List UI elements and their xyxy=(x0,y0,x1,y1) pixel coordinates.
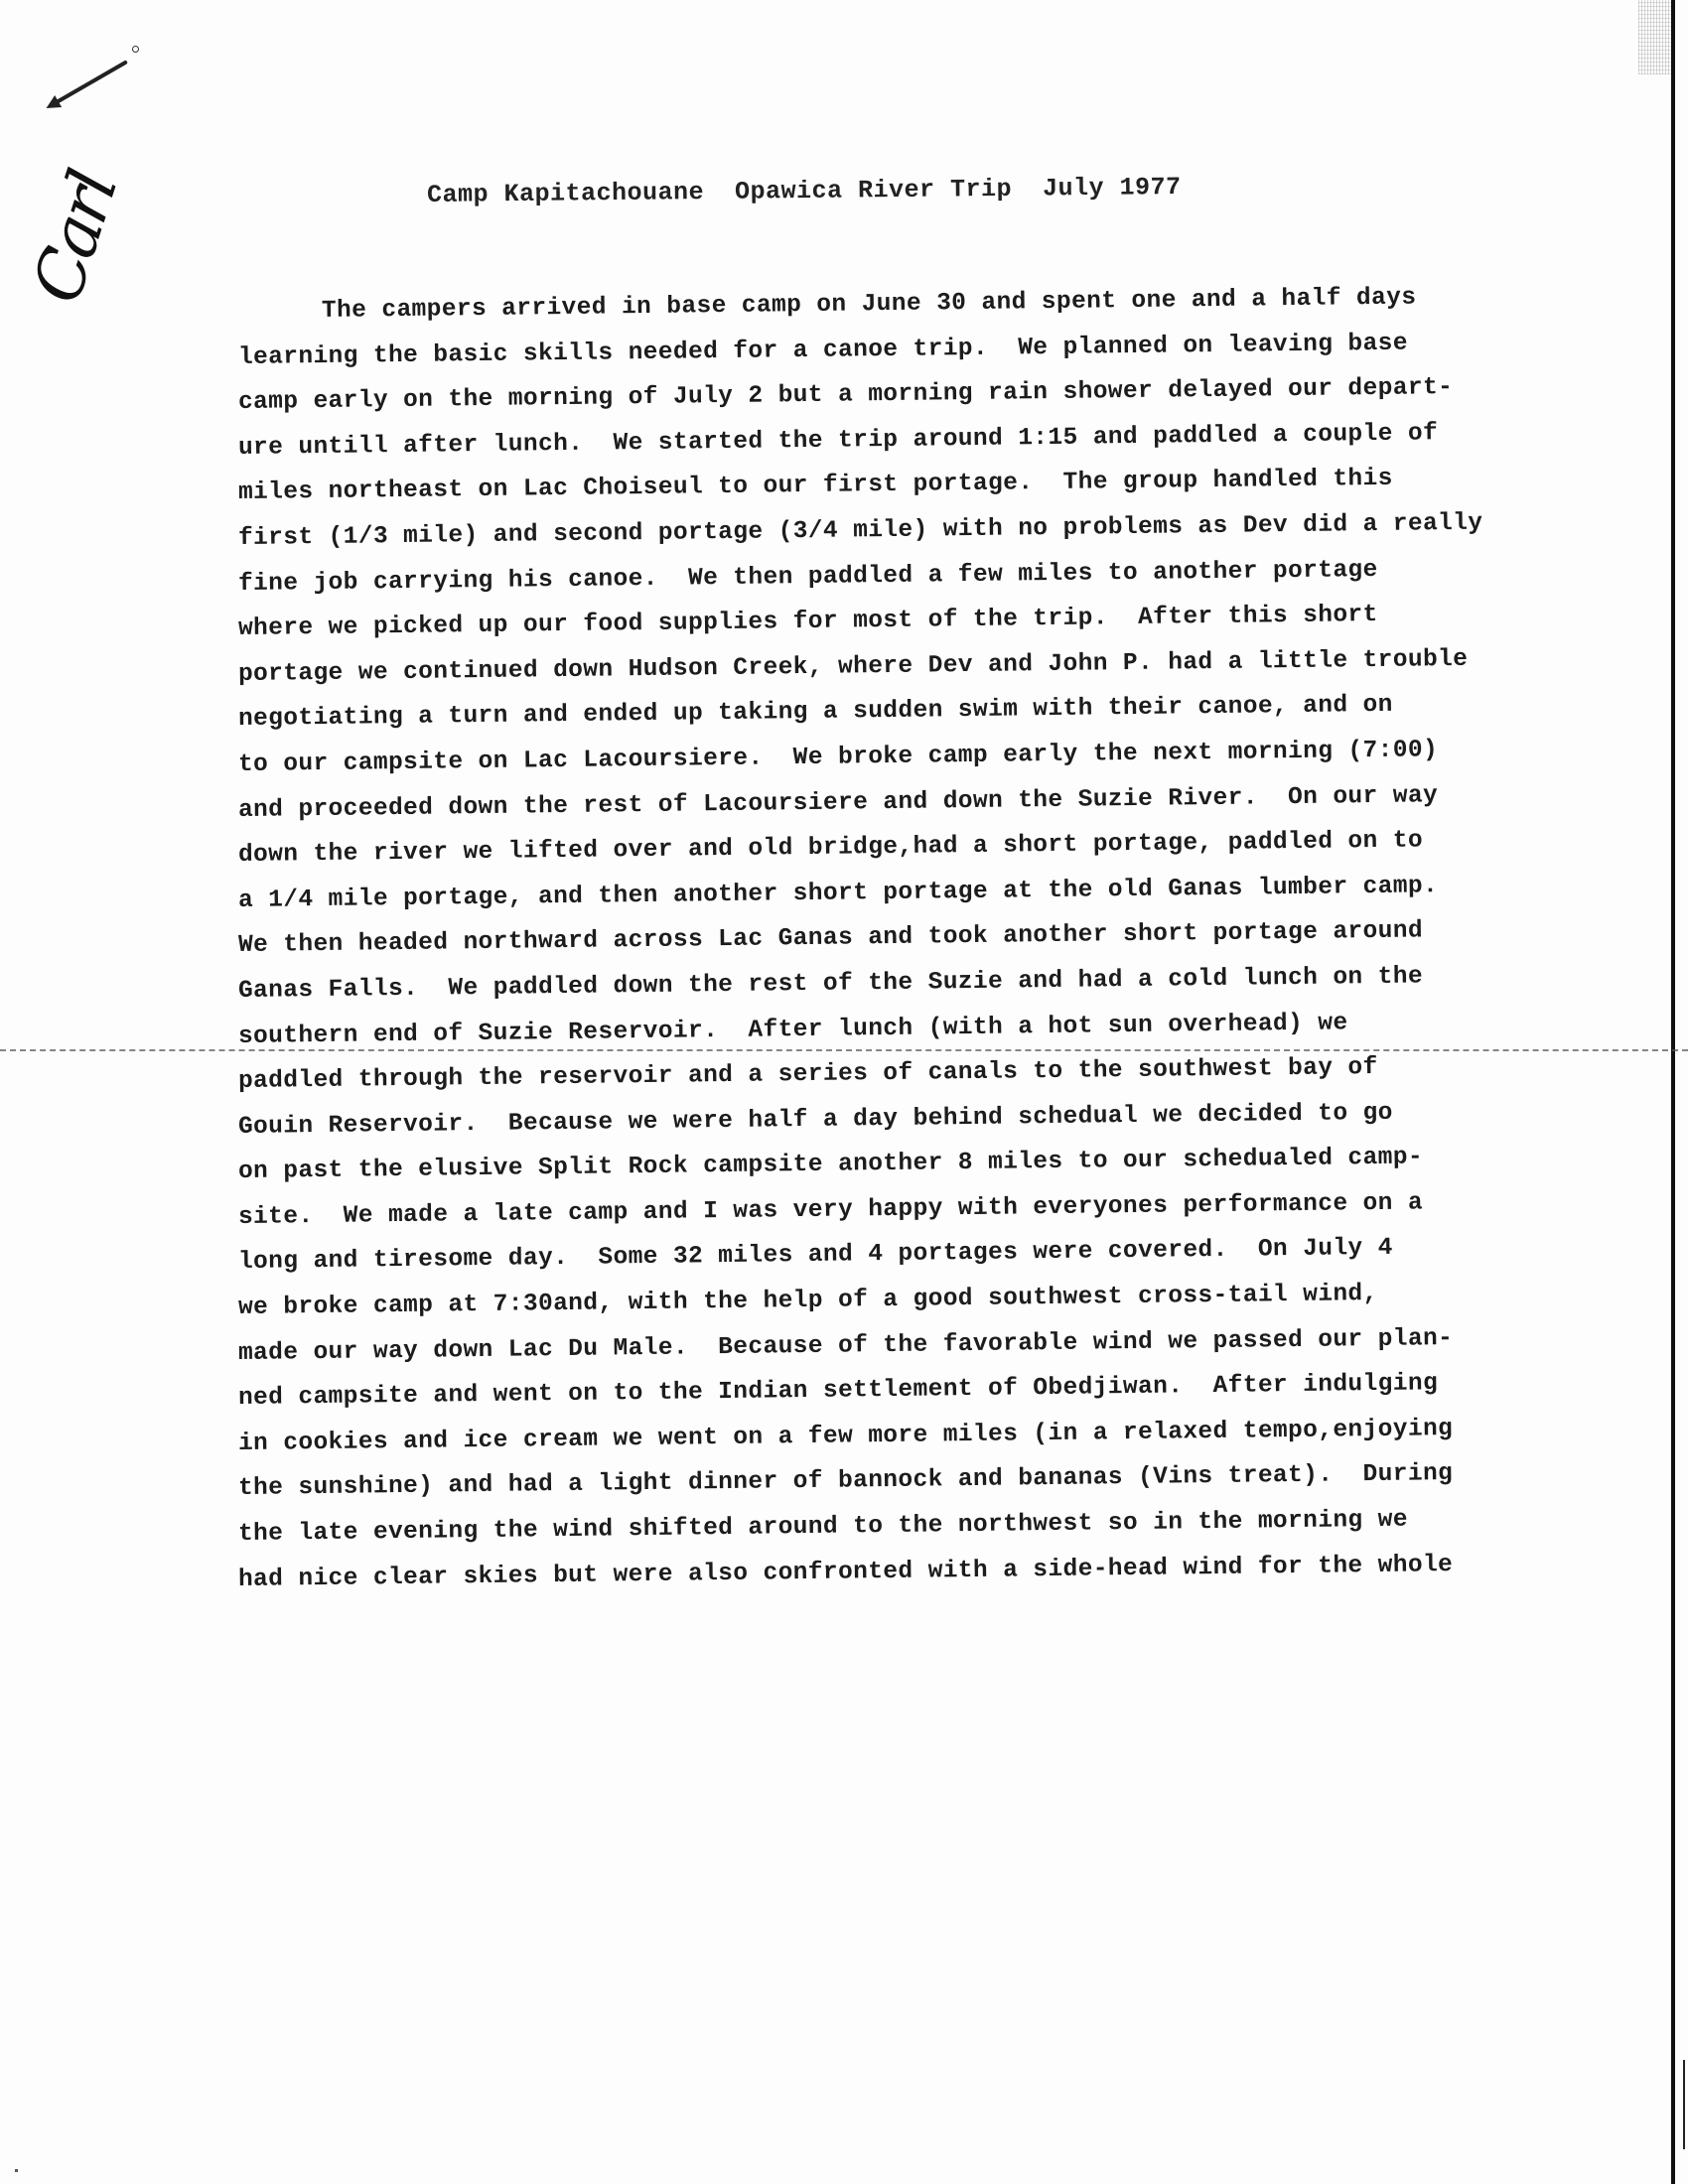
document-page: Carl Camp Kapitachouane Opawica River Tr… xyxy=(0,0,1688,2184)
pen-arrow-icon xyxy=(49,60,128,107)
scan-edge-mark xyxy=(1683,2060,1685,2149)
pen-dot-mark xyxy=(132,46,139,53)
document-title: Camp Kapitachouane Opawica River Trip Ju… xyxy=(427,173,1182,209)
handwritten-note: Carl xyxy=(18,165,133,313)
scan-noise xyxy=(1638,0,1672,74)
scan-dust-mark xyxy=(15,2169,18,2172)
document-body: The campers arrived in base camp on June… xyxy=(238,290,1628,1602)
scan-edge-border xyxy=(1671,0,1675,2184)
